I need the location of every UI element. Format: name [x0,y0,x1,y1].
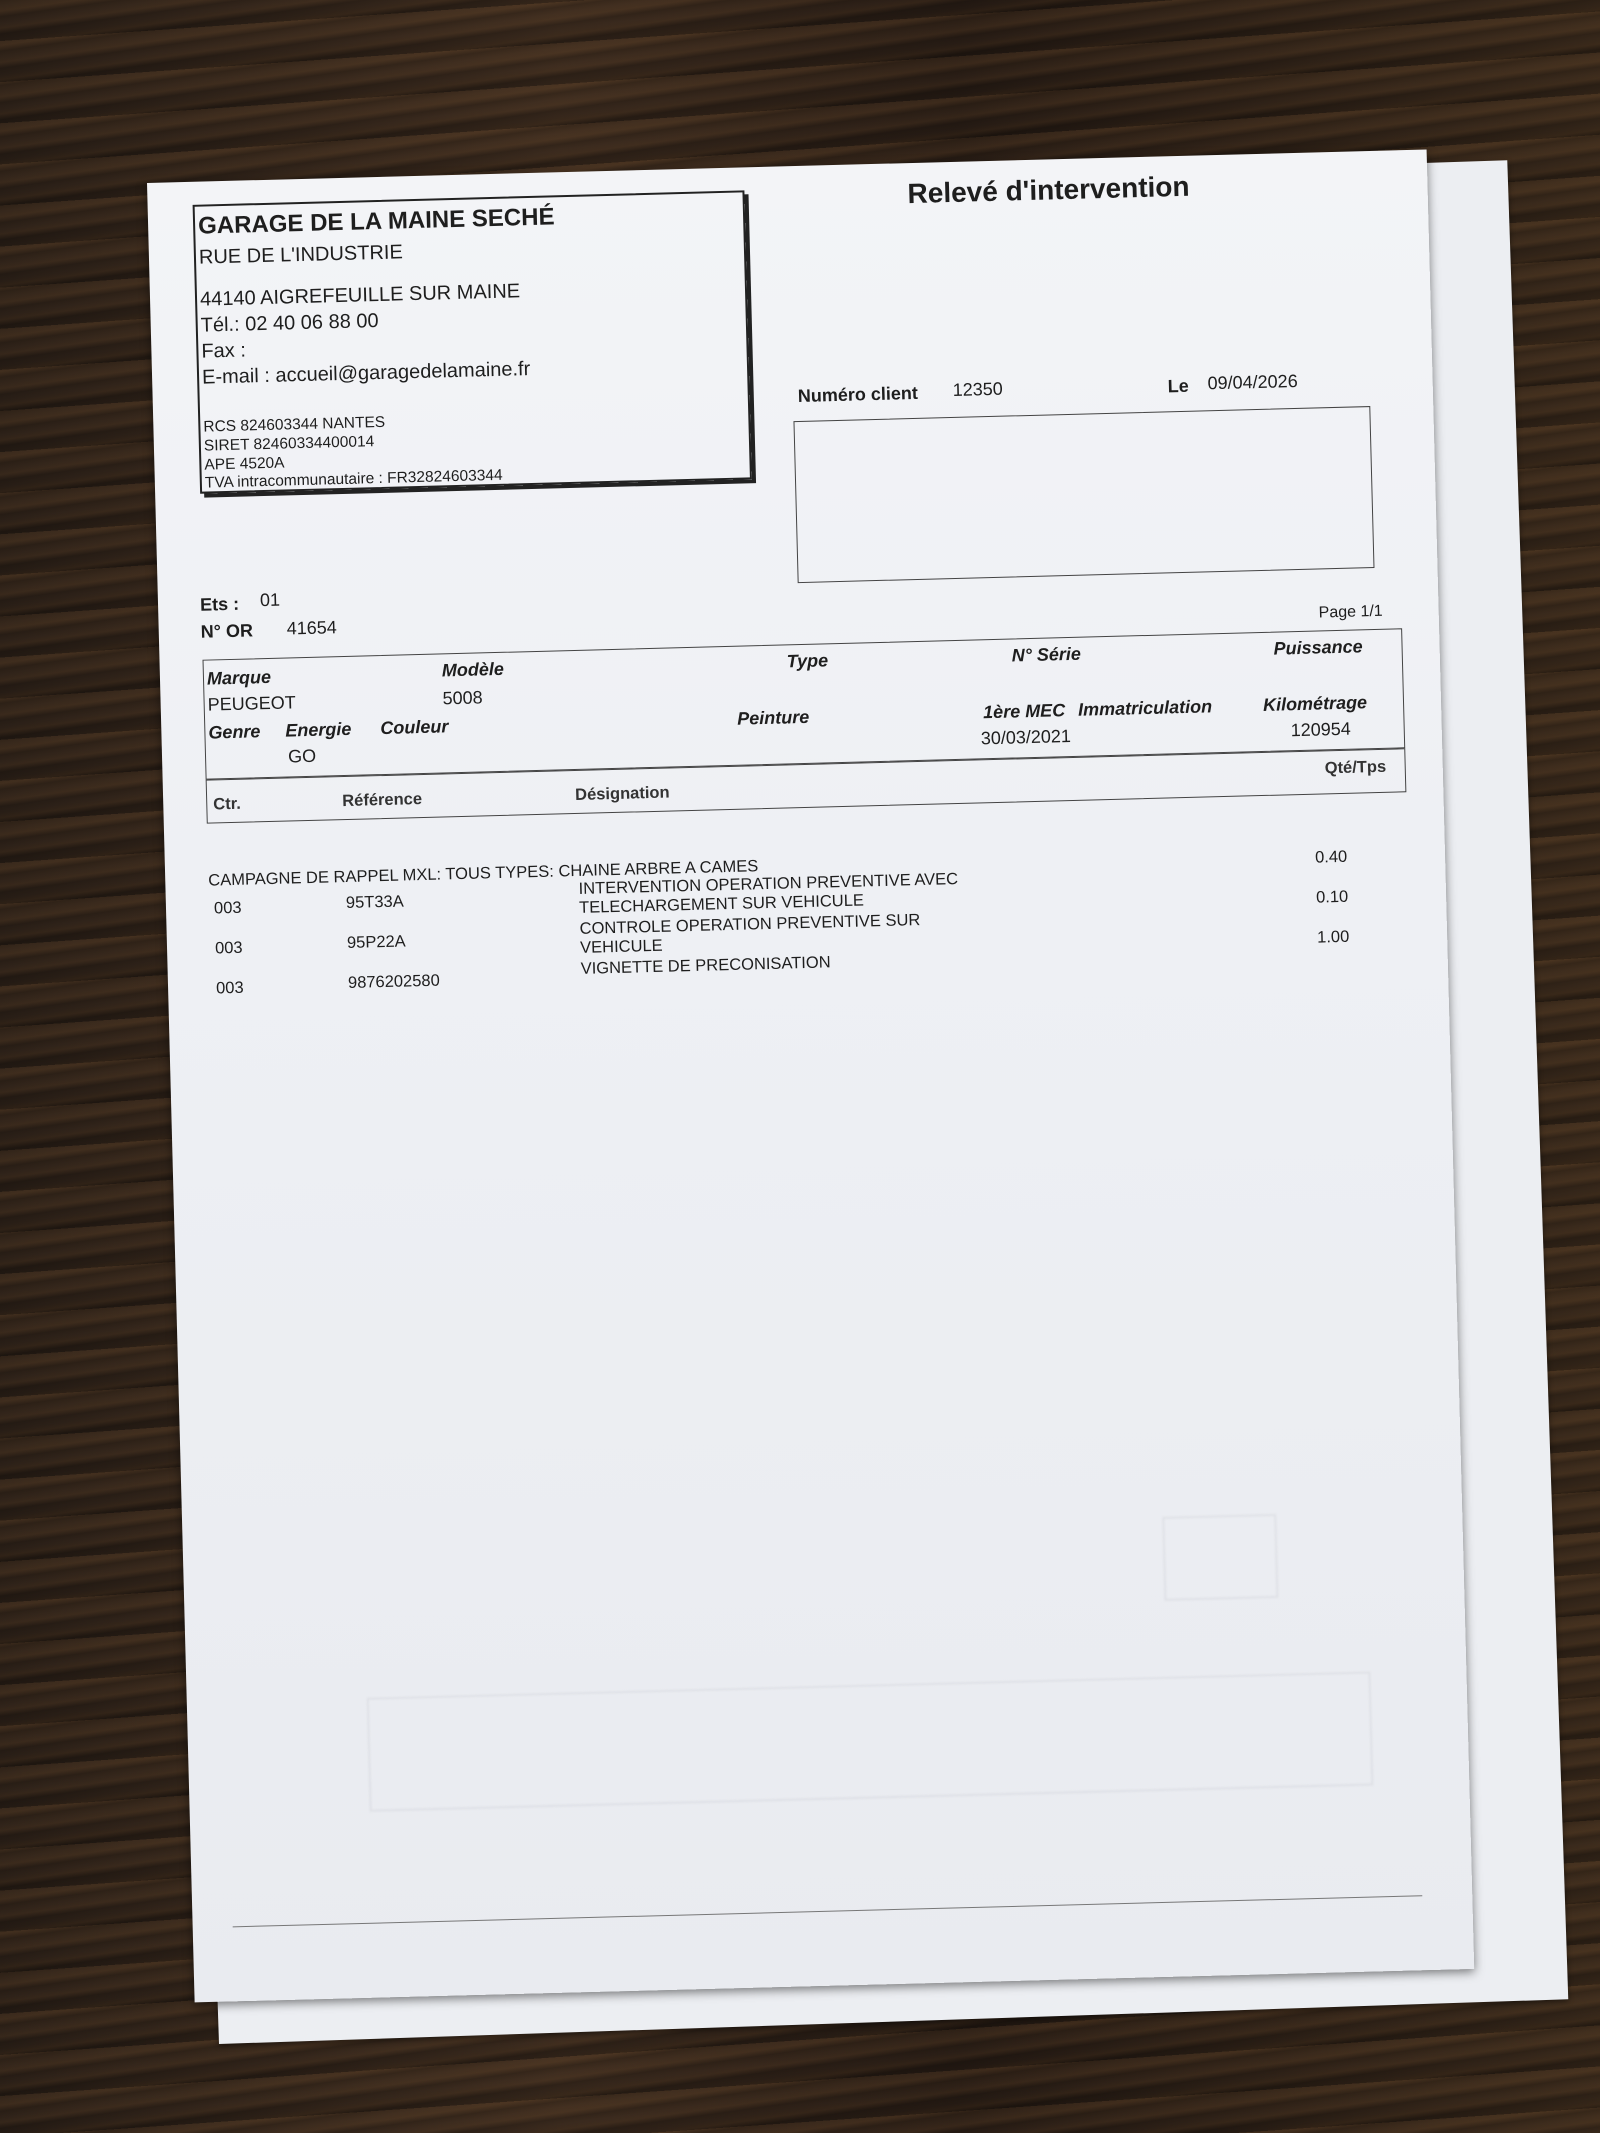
ghost-logo [1162,1514,1278,1601]
label-puissance: Puissance [1273,636,1363,659]
label-marque: Marque [207,667,272,690]
garage-email: E-mail : accueil@garagedelamaine.fr [202,358,531,390]
label-serie: N° Série [1011,644,1081,667]
vehicle-energie: GO [288,746,317,768]
label-immatriculation: Immatriculation [1078,696,1213,721]
row-ctr: 003 [215,939,243,959]
ets-label: Ets : [200,594,240,616]
label-peinture: Peinture [737,707,810,730]
col-ctr: Ctr. [213,795,241,815]
row-designation: VIGNETTE DE PRECONISATION [580,953,830,979]
date-label: Le [1167,376,1189,398]
garage-street: RUE DE L'INDUSTRIE [199,241,403,269]
col-designation: Désignation [575,784,670,805]
footer-rule [233,1895,1423,1927]
garage-fax: Fax : [201,339,246,363]
row-reference: 95P22A [347,932,406,953]
row-qty: 0.10 [1316,888,1349,908]
garage-city: 44140 AIGREFEUILLE SUR MAINE [200,280,521,311]
row-ctr: 003 [214,899,242,919]
row-designation: VEHICULE [580,937,663,958]
garage-ape: APE 4520A [204,454,285,474]
label-type: Type [786,650,828,672]
vehicle-marque: PEUGEOT [207,692,296,715]
vehicle-kilometrage: 120954 [1290,719,1351,742]
garage-siret: SIRET 82460334400014 [204,433,375,455]
garage-name: GARAGE DE LA MAINE SECHÉ [198,203,555,240]
row-qty: 1.00 [1317,928,1350,948]
row-reference: 95T33A [346,893,404,914]
or-number: 41654 [286,617,337,639]
client-number: 12350 [952,379,1003,401]
row-ctr: 003 [216,979,244,999]
col-qty: Qté/Tps [1324,758,1386,779]
row-reference: 9876202580 [348,972,440,993]
garage-info-box: GARAGE DE LA MAINE SECHÉ RUE DE L'INDUST… [193,190,752,493]
label-mec: 1ère MEC [983,700,1066,723]
col-reference: Référence [342,790,422,811]
label-modele: Modèle [442,659,505,682]
document-title: Relevé d'intervention [907,171,1190,210]
or-label: N° OR [201,620,254,642]
client-address-box [793,406,1374,583]
document-date: 09/04/2026 [1207,371,1298,394]
ets-value: 01 [260,590,281,612]
vehicle-mec: 30/03/2021 [981,726,1072,749]
label-energie: Energie [285,719,352,742]
ghost-table [367,1671,1374,1811]
intervention-document: GARAGE DE LA MAINE SECHÉ RUE DE L'INDUST… [147,149,1474,2002]
label-kilometrage: Kilométrage [1263,692,1368,716]
vehicle-modele: 5008 [442,687,483,709]
intervention-lines: 00395T33AINTERVENTION OPERATION PREVENTI… [147,149,1427,183]
client-number-label: Numéro client [798,383,919,407]
label-couleur: Couleur [380,716,449,739]
label-genre: Genre [208,721,261,743]
row-qty: 0.40 [1315,848,1348,868]
garage-phone: Tél.: 02 40 06 88 00 [200,310,378,338]
page-indicator: Page 1/1 [1318,603,1383,623]
